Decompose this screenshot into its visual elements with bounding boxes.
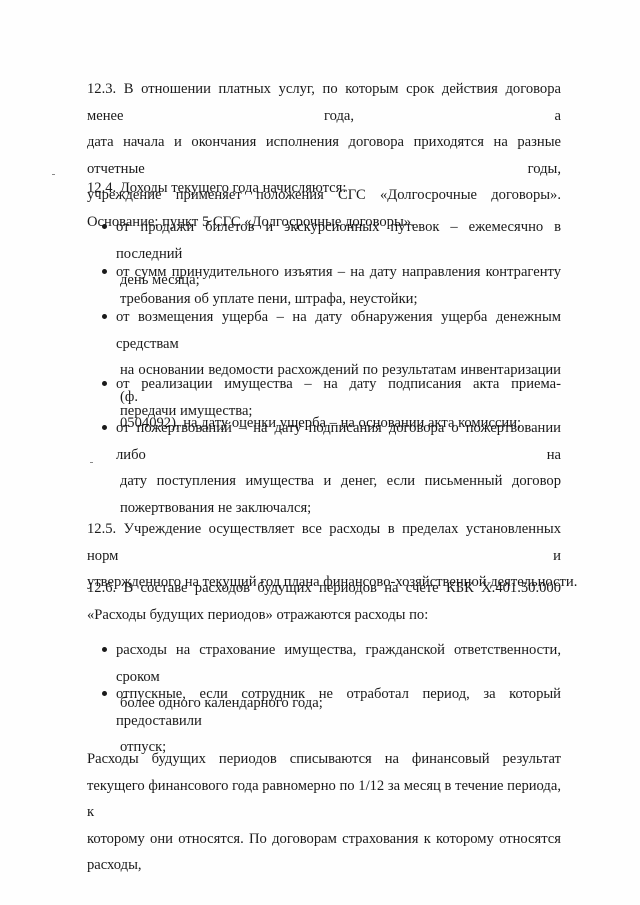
bullet-icon xyxy=(102,269,107,274)
text-line: от реализации имущества – на дату подпис… xyxy=(116,371,561,398)
text-line: 12.6. В составе расходов будущих периодо… xyxy=(87,575,561,602)
text-line: дату поступления имущества и денег, если… xyxy=(116,468,561,495)
text-line: 12.4. Доходы текущего года начисляются: xyxy=(87,175,561,202)
scan-artifact xyxy=(52,174,55,175)
text-line: текущего финансового года равномерно по … xyxy=(87,773,561,826)
paragraph-12-6: 12.6. В составе расходов будущих периодо… xyxy=(87,575,561,628)
bullet-icon xyxy=(102,647,107,652)
paragraph-future-expenses: Расходы будущих периодов списываются на … xyxy=(87,746,561,879)
document-page: 12.3. В отношении платных услуг, по кото… xyxy=(0,0,640,905)
text-line: Расходы будущих периодов списываются на … xyxy=(87,746,561,773)
text-line: «Расходы будущих периодов» отражаются ра… xyxy=(87,602,561,629)
paragraph-12-3: 12.3. В отношении платных услуг, по кото… xyxy=(87,76,561,235)
scan-artifact xyxy=(90,462,93,463)
bullet-icon xyxy=(102,425,107,430)
text-line: 12.3. В отношении платных услуг, по кото… xyxy=(87,76,561,129)
text-line: от возмещения ущерба – на дату обнаружен… xyxy=(116,304,561,357)
paragraph-12-4-heading: 12.4. Доходы текущего года начисляются: xyxy=(87,175,561,202)
text-line: которому они относятся. По договорам стр… xyxy=(87,826,561,879)
text-line: от пожертвований – на дату подписания до… xyxy=(116,415,561,468)
bullet-icon xyxy=(102,691,107,696)
bullet-icon xyxy=(102,224,107,229)
bullet-icon xyxy=(102,381,107,386)
text-line: 12.5. Учреждение осуществляет все расход… xyxy=(87,516,561,569)
bullet-icon xyxy=(102,314,107,319)
text-line: от сумм принудительного изъятия – на дат… xyxy=(116,259,561,286)
text-line: отпускные, если сотрудник не отработал п… xyxy=(116,681,561,734)
